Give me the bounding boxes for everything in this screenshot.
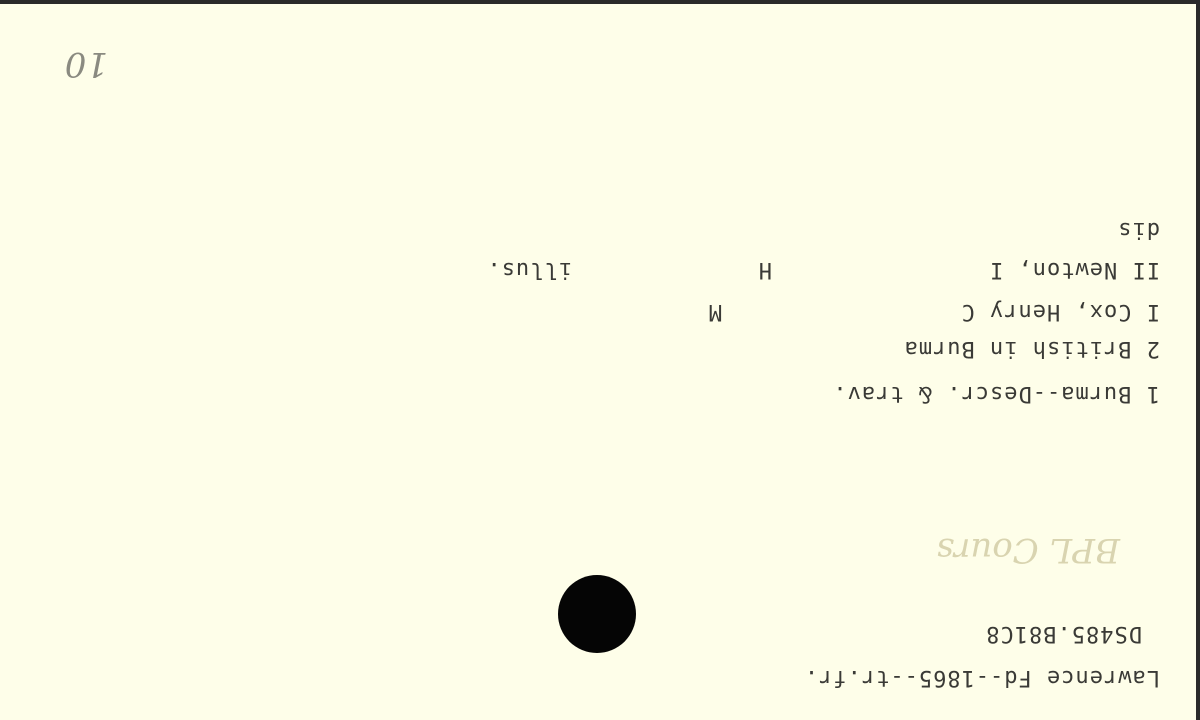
added-entry-1-code: M: [708, 299, 722, 324]
punch-hole: [558, 575, 636, 653]
handwritten-note: BPL Cours: [937, 530, 1120, 570]
handwritten-number: 10: [65, 44, 108, 84]
subject-2: 2 British in Burma: [904, 336, 1160, 361]
card-edge-right: [1196, 0, 1200, 720]
added-entry-1: I Cox, Henry C: [961, 299, 1160, 324]
extra-line: dis: [1117, 217, 1160, 242]
catalog-card: Lawrence Fd--1865--tr.fr. DS485.B81C8 BP…: [0, 0, 1200, 720]
added-entry-2: II Newton, I: [989, 257, 1160, 282]
call-number: DS485.B81C8: [985, 621, 1142, 646]
card-edge-top: [0, 0, 1200, 4]
added-entry-2-code: H: [758, 257, 772, 282]
main-entry: Lawrence Fd--1865--tr.fr.: [804, 665, 1160, 690]
added-entry-2-note: illus.: [487, 257, 572, 282]
subject-1: 1 Burma--Descr. & trav.: [832, 381, 1160, 406]
